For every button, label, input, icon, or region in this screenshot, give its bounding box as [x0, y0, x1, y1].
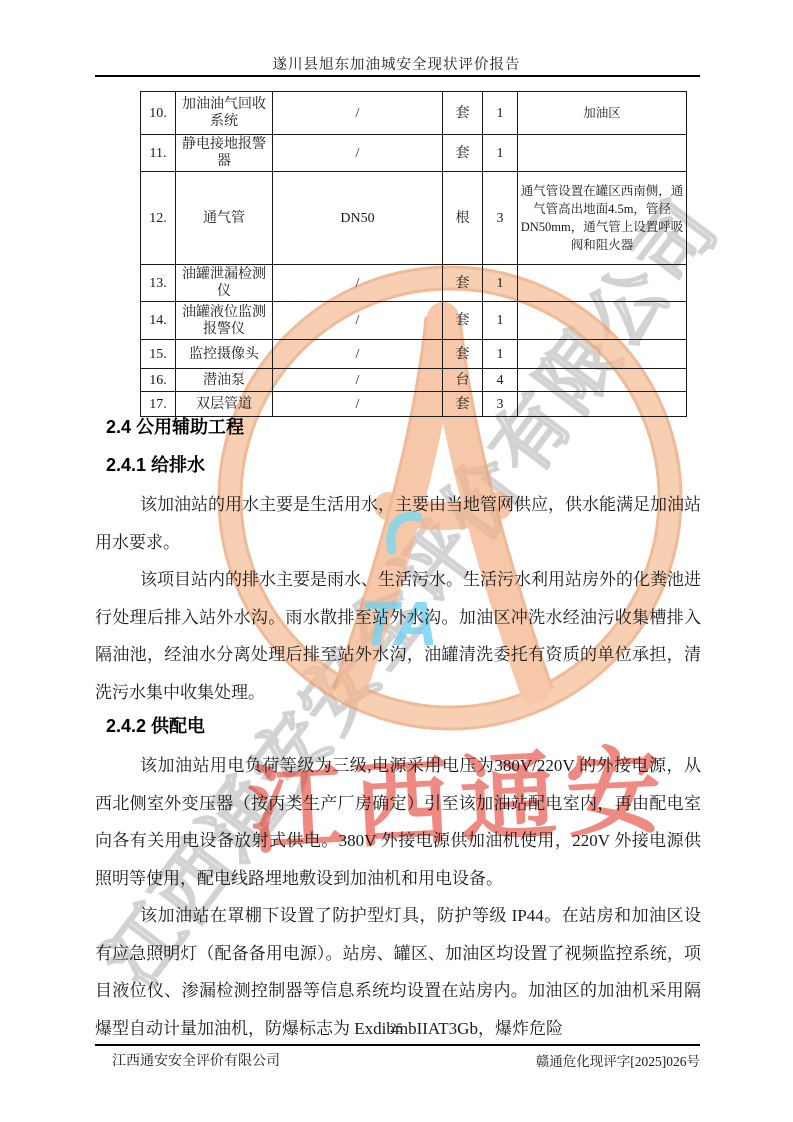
cell-no: 11.: [141, 135, 176, 172]
cell-qty: 1: [483, 302, 518, 340]
paragraph-drainage: 该项目站内的排水主要是雨水、生活污水。生活污水利用站房外的化粪池进行处理后排入站…: [95, 561, 701, 711]
page-content: 遂川县旭东加油城安全现状评价报告 10. 加油油气回收系统 / 套 1 加油区 …: [0, 0, 793, 1122]
cell-name: 静电接地报警器: [176, 135, 273, 172]
report-page: 江西通安安全评价有限公司 TA 江西通安 遂川县: [0, 0, 793, 1122]
footer-doc-number: 赣通危化现评字[2025]026号: [95, 1050, 700, 1070]
table-row: 12. 通气管 DN50 根 3 通气管设置在罐区西南侧，通气管高出地面4.5m…: [141, 172, 687, 265]
equipment-table: 10. 加油油气回收系统 / 套 1 加油区 11. 静电接地报警器 / 套 1…: [140, 91, 687, 417]
cell-unit: 根: [443, 172, 483, 265]
cell-unit: 台: [443, 369, 483, 392]
cell-qty: 3: [483, 172, 518, 265]
cell-remark: [518, 135, 687, 172]
body-text: 2.4 公用辅助工程 2.4.1 给排水 该加油站的用水主要是生活用水，主要由当…: [95, 412, 701, 1047]
cell-no: 15.: [141, 340, 176, 369]
cell-qty: 1: [483, 265, 518, 302]
cell-qty: 1: [483, 340, 518, 369]
cell-no: 12.: [141, 172, 176, 265]
cell-spec: /: [273, 302, 443, 340]
header-rule: [95, 75, 700, 77]
cell-spec: /: [273, 92, 443, 135]
table-row: 11. 静电接地报警器 / 套 1: [141, 135, 687, 172]
cell-qty: 1: [483, 135, 518, 172]
cell-unit: 套: [443, 265, 483, 302]
cell-name: 通气管: [176, 172, 273, 265]
cell-name: 油罐液位监测报警仪: [176, 302, 273, 340]
cell-no: 13.: [141, 265, 176, 302]
cell-spec: /: [273, 369, 443, 392]
cell-qty: 4: [483, 369, 518, 392]
paragraph-power-supply: 该加油站用电负荷等级为三级,电源采用电压为380V/220V 的外接电源，从西北…: [95, 747, 701, 897]
cell-spec: DN50: [273, 172, 443, 265]
cell-no: 16.: [141, 369, 176, 392]
cell-name: 潜油泵: [176, 369, 273, 392]
cell-no: 14.: [141, 302, 176, 340]
cell-remark: 通气管设置在罐区西南侧，通气管高出地面4.5m，管径DN50mm，通气管上设置呼…: [518, 172, 687, 265]
cell-unit: 套: [443, 135, 483, 172]
cell-remark: [518, 340, 687, 369]
cell-spec: /: [273, 340, 443, 369]
cell-name: 油罐泄漏检测仪: [176, 265, 273, 302]
table-row: 13. 油罐泄漏检测仪 / 套 1: [141, 265, 687, 302]
cell-remark: 加油区: [518, 92, 687, 135]
cell-name: 监控摄像头: [176, 340, 273, 369]
footer-rule: [95, 1044, 700, 1046]
cell-no: 10.: [141, 92, 176, 135]
cell-unit: 套: [443, 340, 483, 369]
paragraph-water-supply: 该加油站的用水主要是生活用水，主要由当地管网供应，供水能满足加油站用水要求。: [95, 486, 701, 561]
cell-remark: [518, 265, 687, 302]
cell-unit: 套: [443, 92, 483, 135]
table-row: 14. 油罐液位监测报警仪 / 套 1: [141, 302, 687, 340]
section-heading-2-4-2: 2.4.2 供配电: [106, 711, 701, 741]
section-heading-2-4-1: 2.4.1 给排水: [106, 450, 701, 480]
page-number: 25: [0, 1020, 793, 1036]
table-row: 16. 潜油泵 / 台 4: [141, 369, 687, 392]
cell-remark: [518, 369, 687, 392]
cell-spec: /: [273, 135, 443, 172]
cell-qty: 1: [483, 92, 518, 135]
table-row: 15. 监控摄像头 / 套 1: [141, 340, 687, 369]
cell-unit: 套: [443, 302, 483, 340]
section-heading-2-4: 2.4 公用辅助工程: [106, 412, 701, 442]
table-row: 10. 加油油气回收系统 / 套 1 加油区: [141, 92, 687, 135]
cell-spec: /: [273, 265, 443, 302]
header-title: 遂川县旭东加油城安全现状评价报告: [0, 53, 793, 74]
cell-name: 加油油气回收系统: [176, 92, 273, 135]
cell-remark: [518, 302, 687, 340]
